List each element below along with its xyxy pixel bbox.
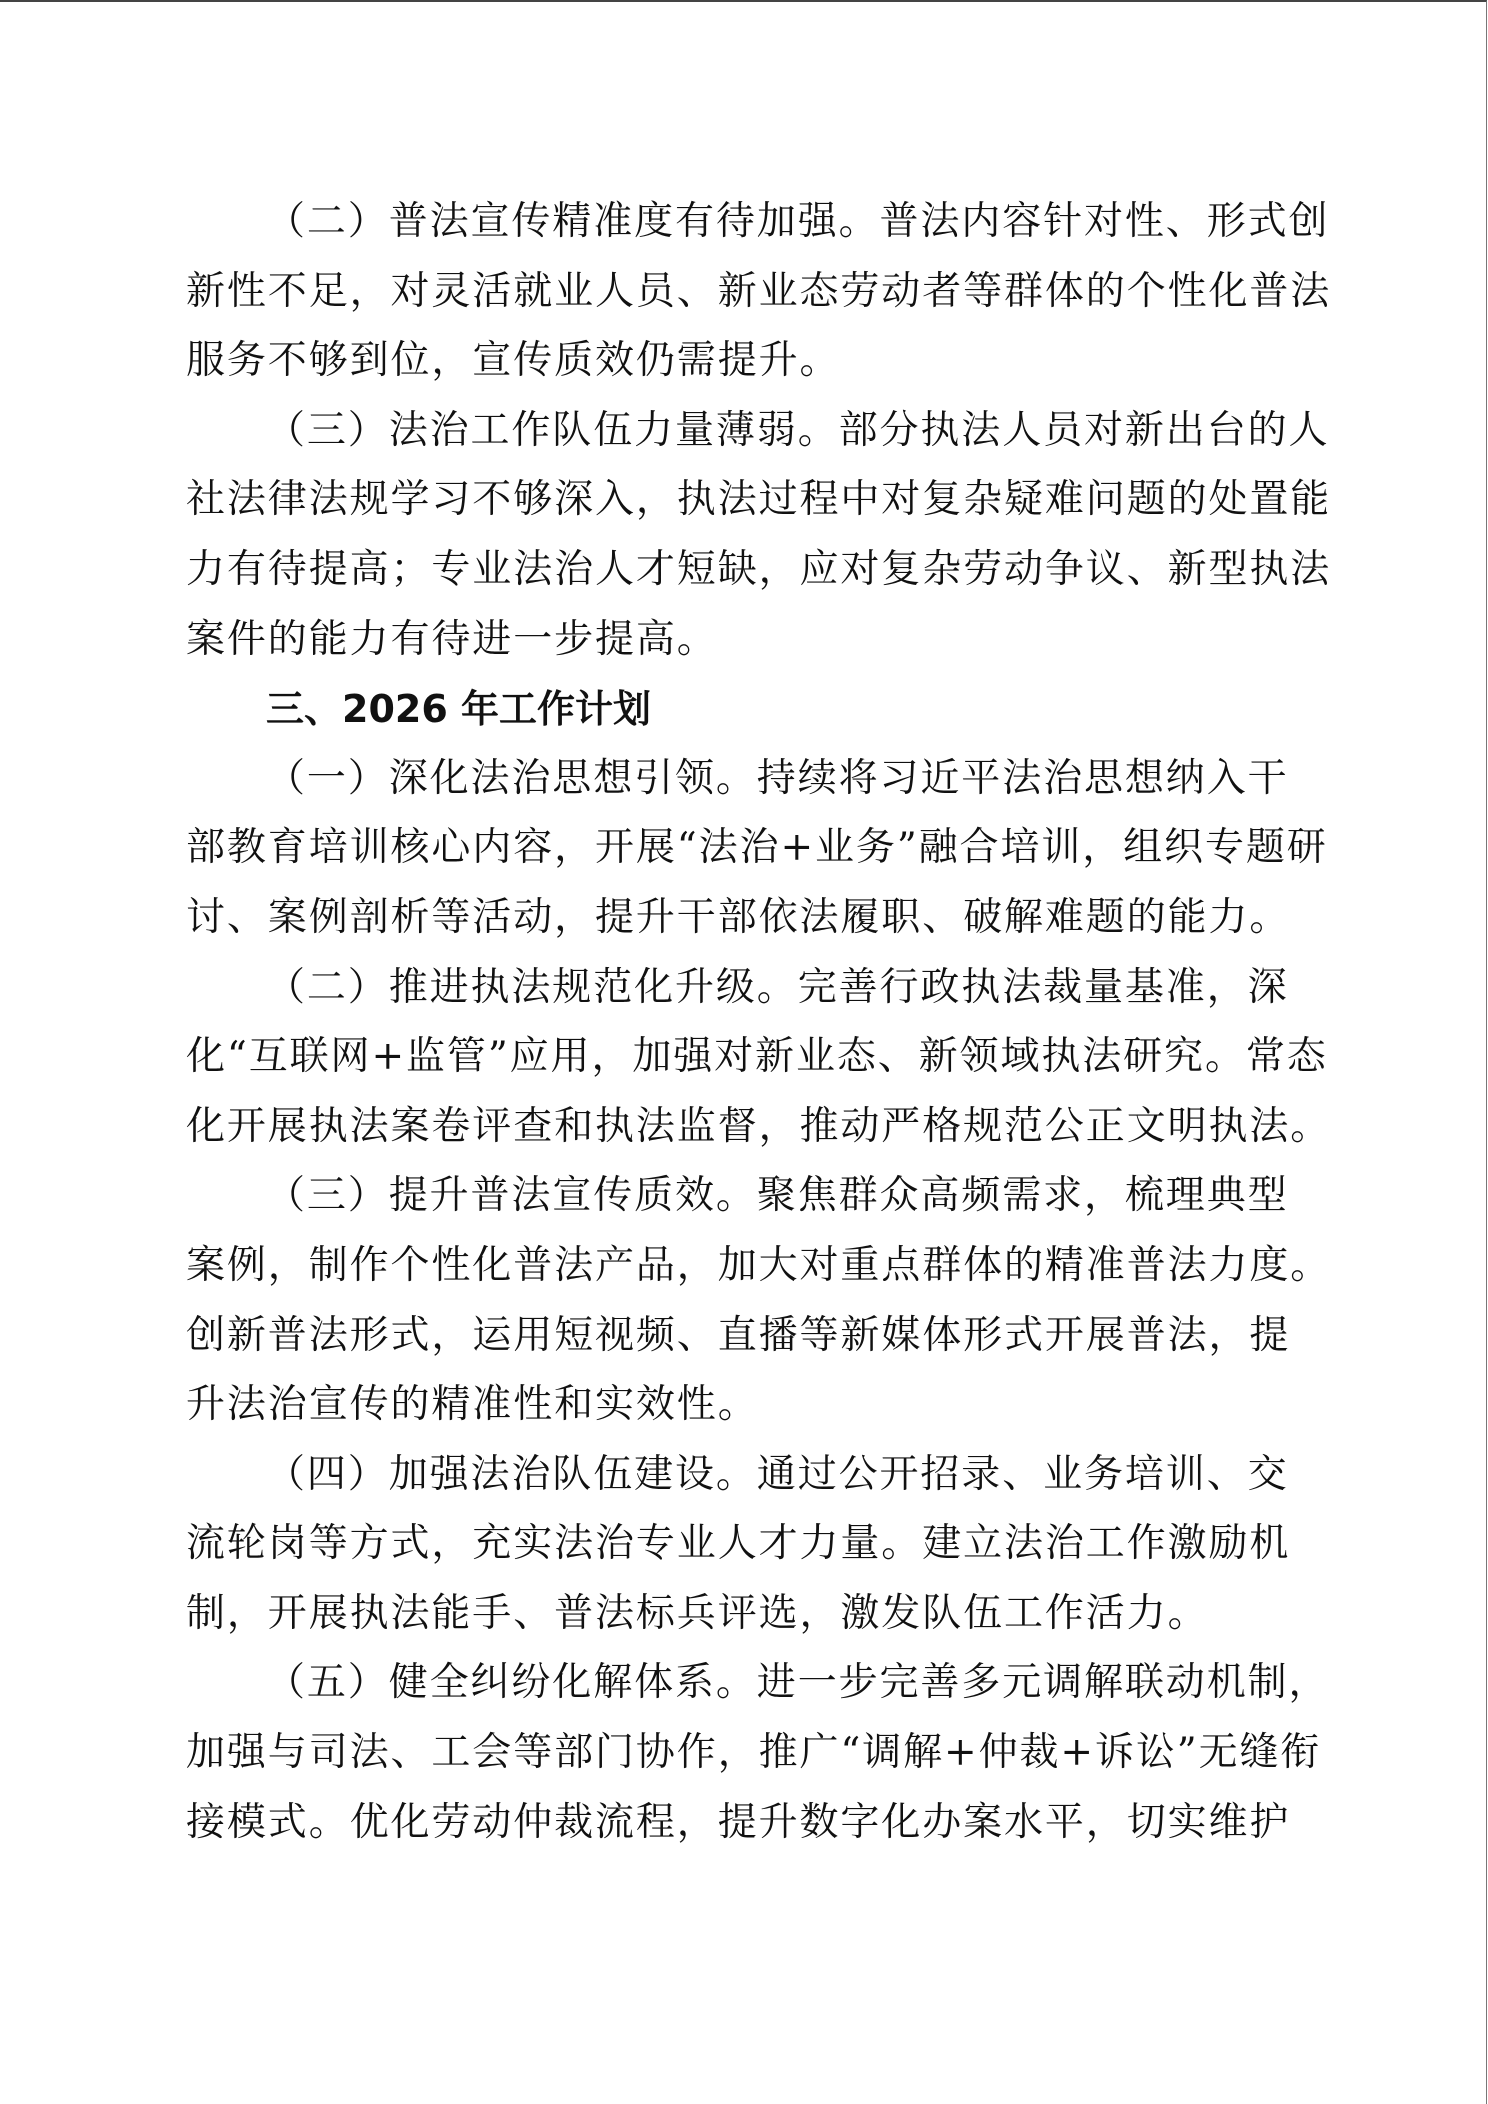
paragraph-plan-4: （四）加强法治队伍建设。通过公开招录、业务培训、交 流轮岗等方式，充实法治专业人… <box>186 1451 1316 1660</box>
paragraph-issue-2: （二）普法宣传精准度有待加强。普法内容针对性、形式创 新性不足，对灵活就业人员、… <box>186 198 1316 407</box>
text-line: （五）健全纠纷化解体系。进一步完善多元调解联动机制， <box>186 1659 1316 1729</box>
text-line: （二）推进执法规范化升级。完善行政执法裁量基准，深 <box>186 964 1316 1034</box>
paragraph-plan-1: （一）深化法治思想引领。持续将习近平法治思想纳入干 部教育培训核心内容，开展“法… <box>186 755 1316 964</box>
text-line: 力有待提高；专业法治人才短缺，应对复杂劳动争议、新型执法 <box>186 546 1316 616</box>
text-line: 创新普法形式，运用短视频、直播等新媒体形式开展普法，提 <box>186 1312 1316 1382</box>
text-line: 案例，制作个性化普法产品，加大对重点群体的精准普法力度。 <box>186 1242 1316 1312</box>
text-line: （二）普法宣传精准度有待加强。普法内容针对性、形式创 <box>186 198 1316 268</box>
text-line: 讨、案例剖析等活动，提升干部依法履职、破解难题的能力。 <box>186 894 1316 964</box>
paragraph-plan-2: （二）推进执法规范化升级。完善行政执法裁量基准，深 化“互联网+监管”应用，加强… <box>186 964 1316 1173</box>
document-body: （二）普法宣传精准度有待加强。普法内容针对性、形式创 新性不足，对灵活就业人员、… <box>186 198 1316 1868</box>
text-line: （四）加强法治队伍建设。通过公开招录、业务培训、交 <box>186 1451 1316 1521</box>
text-line: 新性不足，对灵活就业人员、新业态劳动者等群体的个性化普法 <box>186 268 1316 338</box>
paragraph-issue-3: （三）法治工作队伍力量薄弱。部分执法人员对新出台的人 社法律法规学习不够深入，执… <box>186 407 1316 685</box>
text-line: 化开展执法案卷评查和执法监督，推动严格规范公正文明执法。 <box>186 1103 1316 1173</box>
document-page: （二）普法宣传精准度有待加强。普法内容针对性、形式创 新性不足，对灵活就业人员、… <box>0 0 1487 2104</box>
text-line: 服务不够到位，宣传质效仍需提升。 <box>186 337 1316 407</box>
text-line: （一）深化法治思想引领。持续将习近平法治思想纳入干 <box>186 755 1316 825</box>
text-line: 制，开展执法能手、普法标兵评选，激发队伍工作活力。 <box>186 1590 1316 1660</box>
paragraph-plan-3: （三）提升普法宣传质效。聚焦群众高频需求，梳理典型 案例，制作个性化普法产品，加… <box>186 1172 1316 1450</box>
paragraph-plan-5: （五）健全纠纷化解体系。进一步完善多元调解联动机制， 加强与司法、工会等部门协作… <box>186 1659 1316 1868</box>
text-line: 加强与司法、工会等部门协作，推广“调解+仲裁+诉讼”无缝衔 <box>186 1729 1316 1799</box>
section-heading: 三、2026 年工作计划 <box>186 685 1316 755</box>
text-line: 流轮岗等方式，充实法治专业人才力量。建立法治工作激励机 <box>186 1520 1316 1590</box>
text-line: 升法治宣传的精准性和实效性。 <box>186 1381 1316 1451</box>
text-line: 部教育培训核心内容，开展“法治+业务”融合培训，组织专题研 <box>186 824 1316 894</box>
text-line: 社法律法规学习不够深入，执法过程中对复杂疑难问题的处置能 <box>186 476 1316 546</box>
text-line: 接模式。优化劳动仲裁流程，提升数字化办案水平，切实维护 <box>186 1799 1316 1869</box>
text-line: （三）法治工作队伍力量薄弱。部分执法人员对新出台的人 <box>186 407 1316 477</box>
text-line: 案件的能力有待进一步提高。 <box>186 616 1316 686</box>
text-line: 化“互联网+监管”应用，加强对新业态、新领域执法研究。常态 <box>186 1033 1316 1103</box>
text-line: （三）提升普法宣传质效。聚焦群众高频需求，梳理典型 <box>186 1172 1316 1242</box>
